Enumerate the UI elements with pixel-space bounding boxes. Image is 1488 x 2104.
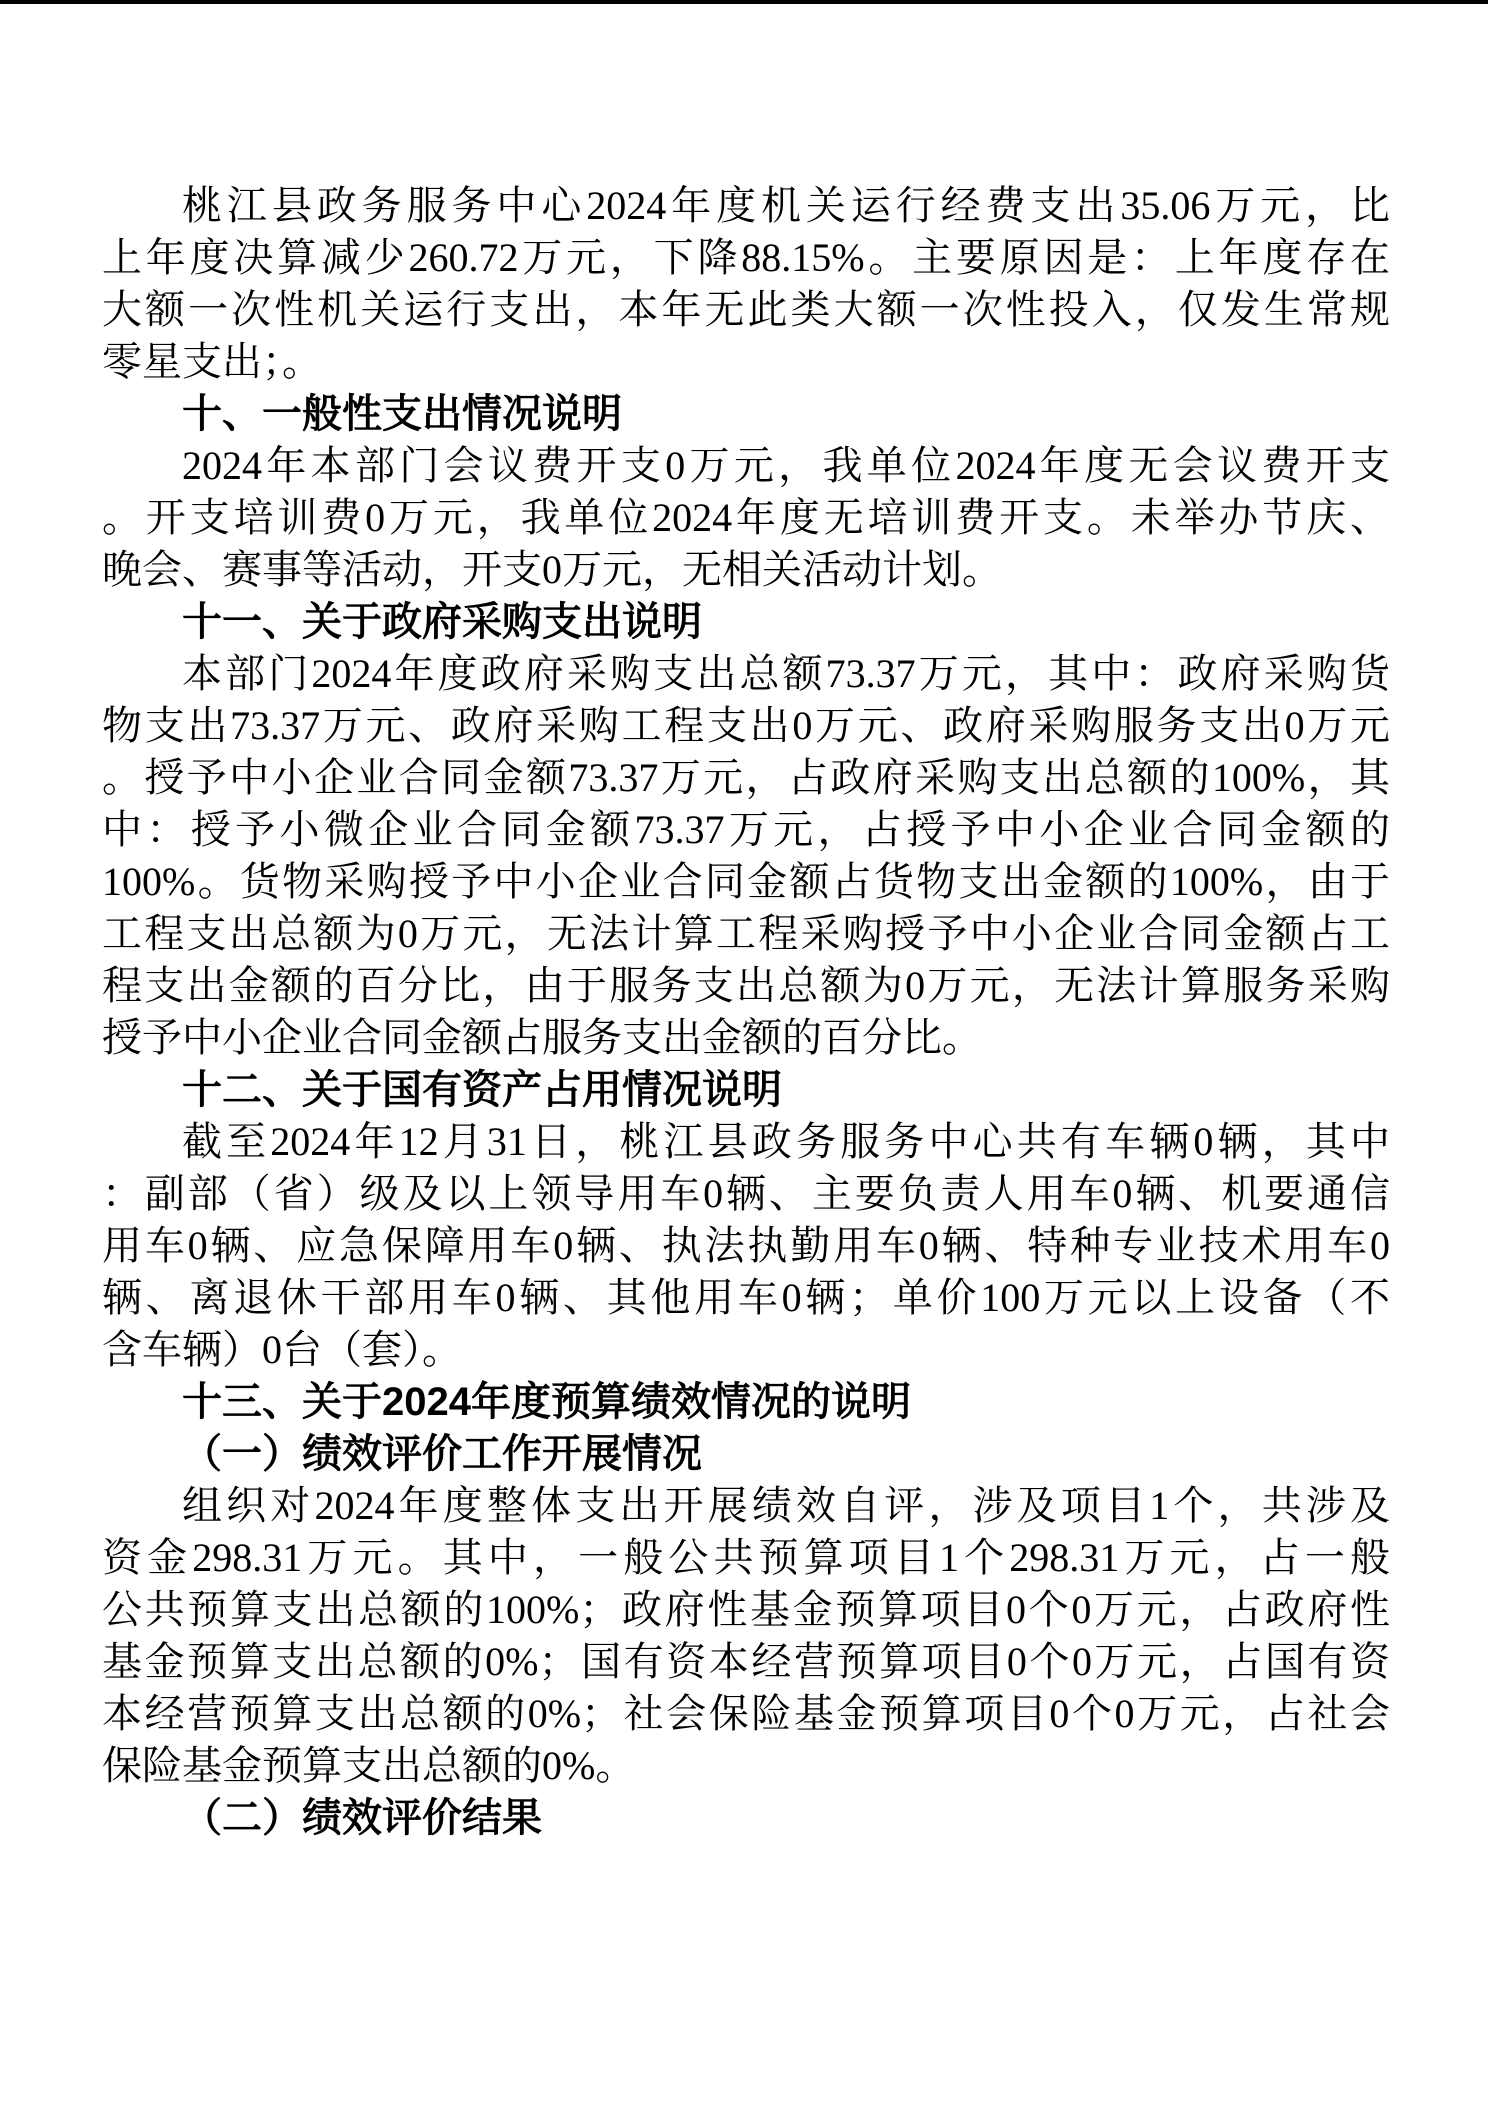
body-text-line: 大额一次性机关运行支出，本年无此类大额一次性投入，仅发生常规: [102, 284, 1390, 336]
body-text-line: 截至2024年12月31日，桃江县政务服务中心共有车辆0辆，其中: [102, 1116, 1390, 1168]
section-heading-line: （一）绩效评价工作开展情况: [102, 1428, 1390, 1480]
body-text-line: 含车辆）0台（套）。: [102, 1324, 1390, 1376]
body-text-line: 用车0辆、应急保障用车0辆、执法执勤用车0辆、特种专业技术用车0: [102, 1220, 1390, 1272]
body-text-line: ：副部（省）级及以上领导用车0辆、主要负责人用车0辆、机要通信: [102, 1168, 1390, 1220]
document-page: 桃江县政务服务中心2024年度机关运行经费支出35.06万元，比上年度决算减少2…: [0, 0, 1488, 2104]
body-text-line: 保险基金预算支出总额的0%。: [102, 1740, 1390, 1792]
body-text-line: 中：授予小微企业合同金额73.37万元，占授予中小企业合同金额的: [102, 804, 1390, 856]
document-text-block: 桃江县政务服务中心2024年度机关运行经费支出35.06万元，比上年度决算减少2…: [102, 180, 1390, 1844]
body-text-line: 工程支出总额为0万元，无法计算工程采购授予中小企业合同金额占工: [102, 908, 1390, 960]
body-text-line: 本部门2024年度政府采购支出总额73.37万元，其中：政府采购货: [102, 648, 1390, 700]
body-text-line: 授予中小企业合同金额占服务支出金额的百分比。: [102, 1012, 1390, 1064]
section-heading-line: 十二、关于国有资产占用情况说明: [102, 1064, 1390, 1116]
section-heading-line: （二）绩效评价结果: [102, 1792, 1390, 1844]
section-heading-line: 十一、关于政府采购支出说明: [102, 596, 1390, 648]
body-text-line: 资金298.31万元。其中，一般公共预算项目1个298.31万元，占一般: [102, 1532, 1390, 1584]
body-text-line: 100%。货物采购授予中小企业合同金额占货物支出金额的100%，由于: [102, 856, 1390, 908]
section-heading-line: 十、一般性支出情况说明: [102, 388, 1390, 440]
page-top-edge-line: [0, 0, 1488, 4]
body-text-line: 程支出金额的百分比，由于服务支出总额为0万元，无法计算服务采购: [102, 960, 1390, 1012]
body-text-line: 。授予中小企业合同金额73.37万元，占政府采购支出总额的100%，其: [102, 752, 1390, 804]
body-text-line: 组织对2024年度整体支出开展绩效自评，涉及项目1个，共涉及: [102, 1480, 1390, 1532]
body-text-line: 物支出73.37万元、政府采购工程支出0万元、政府采购服务支出0万元: [102, 700, 1390, 752]
body-text-line: 公共预算支出总额的100%；政府性基金预算项目0个0万元，占政府性: [102, 1584, 1390, 1636]
section-heading-line: 十三、关于2024年度预算绩效情况的说明: [102, 1376, 1390, 1428]
body-text-line: 零星支出；。: [102, 336, 1390, 388]
body-text-line: 基金预算支出总额的0%；国有资本经营预算项目0个0万元，占国有资: [102, 1636, 1390, 1688]
body-text-line: 2024年本部门会议费开支0万元，我单位2024年度无会议费开支: [102, 440, 1390, 492]
body-text-line: 本经营预算支出总额的0%；社会保险基金预算项目0个0万元，占社会: [102, 1688, 1390, 1740]
body-text-line: 辆、离退休干部用车0辆、其他用车0辆；单价100万元以上设备（不: [102, 1272, 1390, 1324]
body-text-line: 晚会、赛事等活动，开支0万元，无相关活动计划。: [102, 544, 1390, 596]
body-text-line: 上年度决算减少260.72万元，下降88.15%。主要原因是：上年度存在: [102, 232, 1390, 284]
body-text-line: 桃江县政务服务中心2024年度机关运行经费支出35.06万元，比: [102, 180, 1390, 232]
body-text-line: 。开支培训费0万元，我单位2024年度无培训费开支。未举办节庆、: [102, 492, 1390, 544]
